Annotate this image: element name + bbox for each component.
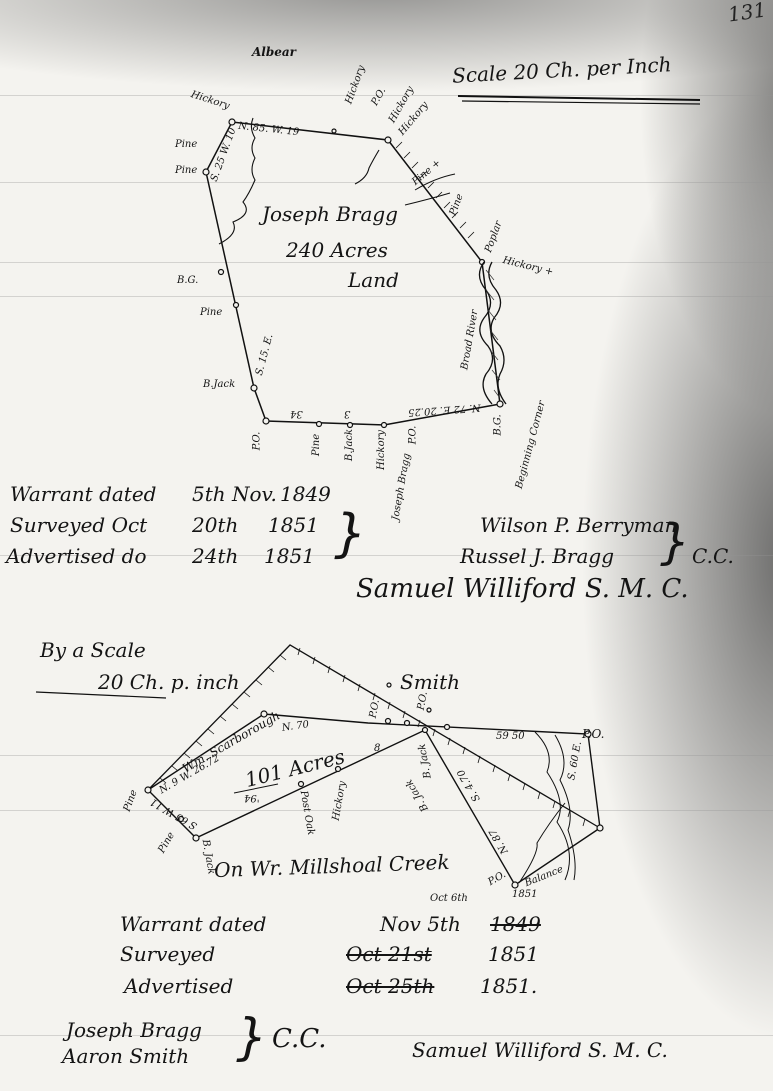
plat1-land-type: Land [348,270,399,290]
plat1-adjoining-top: Albear [252,46,296,58]
record1-row-year: 1851 [264,546,315,566]
corner-tree-label: P.O. [408,426,418,445]
corner-tree-label: B.G. [494,414,504,435]
corner-tree-label: Pine [200,308,222,318]
record2-row-day: Nov 5th [380,914,461,934]
record2-row-day-struck: Oct 21st [346,944,432,964]
plat1-owner: Joseph Bragg [262,204,398,224]
record1-row-label: Surveyed Oct [10,515,147,535]
record2-row-year-struck: 1849 [490,914,541,934]
chain-carrier: Wilson P. Berryman [480,515,677,535]
record2-row-label: Surveyed [120,944,215,964]
boundary-call-south-west: 34 [290,408,303,418]
record2-row-year: 1851. [480,976,537,996]
record1-row-label: Advertised do [6,546,146,566]
plat2-call-east-top: 59 50 [496,732,525,742]
corner-tree-label: Pine [175,166,197,176]
corner-tree-label: Pine [312,434,322,456]
plat1-acreage: 240 Acres [286,240,388,260]
record2-above-day: Oct 6th [430,894,468,904]
record1-row-year: 1849 [280,484,331,504]
record2-above-year: 1851 [512,890,537,900]
plat2-scale-line2: 20 Ch. p. inch [98,672,240,692]
record1-row-year: 1851 [268,515,319,535]
record2-row-year: 1851 [488,944,539,964]
plat2-call-south: 8 [374,744,380,754]
plat2-adjoining: Smith [400,672,460,692]
record1-row-day: 24th [192,546,238,566]
record2-row-label: Advertised [124,976,233,996]
cc-label: C.C. [692,546,734,566]
record1-row-day: 20th [192,515,238,535]
chain-carrier: Aaron Smith [62,1046,189,1066]
corner-tree-label: Pine [175,140,197,150]
record1-row-day: 5th Nov. [192,484,277,504]
plat2-corner-tree: P.O. [582,728,604,740]
corner-tree-label: P.O. [252,432,262,451]
chain-carrier-brace: } [660,518,691,566]
chain-carrier: Joseph Bragg [66,1020,202,1040]
document-page: 131 Scale 20 Ch. per Inch [0,0,773,1091]
record1-brace: } [334,508,367,560]
cc-label: C.C. [272,1026,326,1052]
record1-row-label: Warrant dated [10,484,156,504]
corner-tree-label: Hickory [377,430,387,470]
plat2-acreage-sub: '94 [244,792,259,802]
chain-carrier-brace: } [236,1012,268,1062]
corner-tree-label: B.Jack [203,380,235,390]
surveyor-signature: Samuel Williford S. M. C. [356,576,689,602]
boundary-call-south-mid: 3 [344,408,350,418]
chain-carrier: Russel J. Bragg [460,546,614,566]
surveyor-signature: Samuel Williford S. M. C. [412,1040,668,1060]
record2-row-label: Warrant dated [120,914,266,934]
record2-row-day-struck: Oct 25th [346,976,434,996]
corner-tree-label: B.G. [177,276,198,286]
plat2-scale-line1: By a Scale [40,640,146,660]
corner-tree-label: B.Jack [345,429,355,461]
